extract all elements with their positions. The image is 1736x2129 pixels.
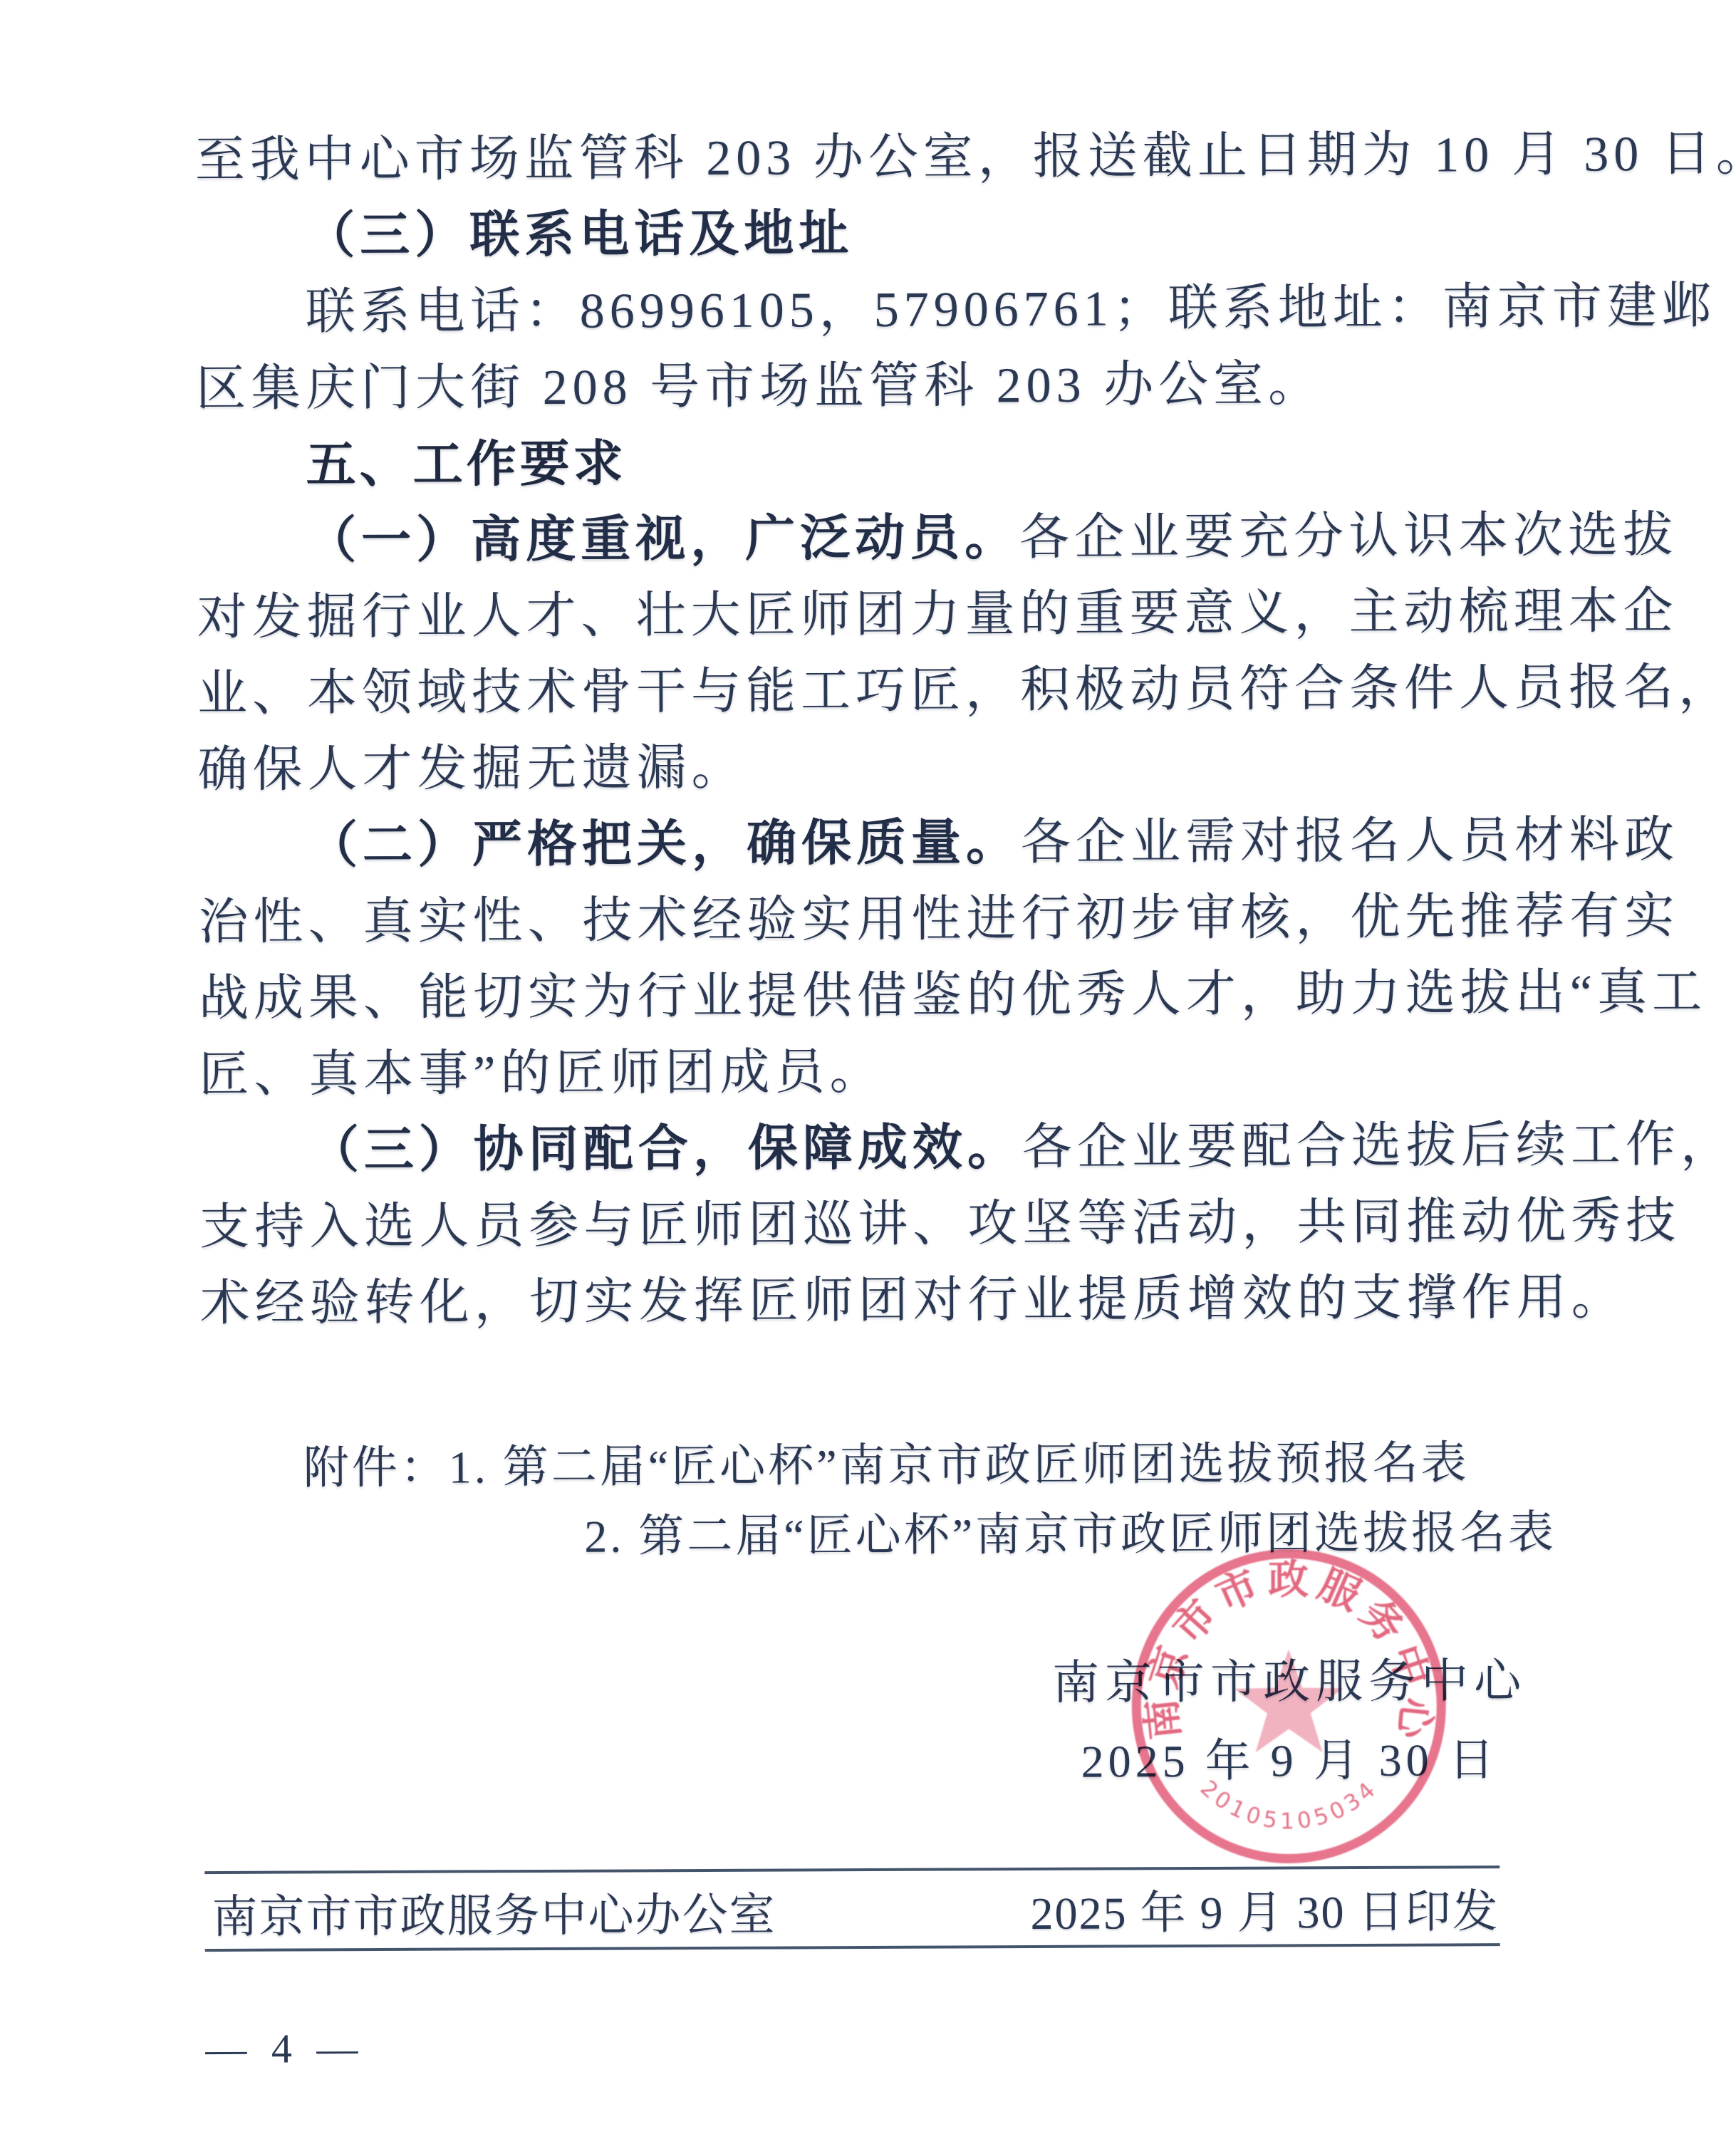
star-icon <box>1235 1649 1343 1752</box>
text-segment: 治性、真实性、技术经验实用性进行初步审核，优先推荐有实 <box>198 889 1679 950</box>
body-line: （一）高度重视，广泛动员。各企业要充分认识本次选拔 <box>197 497 1631 580</box>
text-segment: （二）严格把关，确保质量。 <box>308 816 1021 873</box>
text-segment: 区集庆门大街 208 号市场监管科 203 办公室。 <box>196 357 1323 417</box>
text-segment: 各企业需对报名人员材料政 <box>1021 813 1679 870</box>
page-number: — 4 — <box>205 2024 365 2074</box>
body-line: 战成果、能切实为行业提供借鉴的优秀人才，助力选拔出“真工 <box>199 954 1633 1037</box>
text-segment: 附件：1. 第二届“匠心杯”南京市政匠师团选拔预报名表 <box>303 1437 1470 1493</box>
footer-print-date: 2025 年 9 月 30 日印发 <box>1030 1886 1499 1940</box>
section-heading: 五、工作要求 <box>196 421 1631 504</box>
text-segment: 业、本领域技术骨干与能工巧匠，积极动员符合条件人员报名， <box>197 660 1733 722</box>
body-line: 匠、真本事”的匠师团成员。 <box>199 1031 1633 1113</box>
text-segment: 确保人才发掘无遗漏。 <box>197 741 746 798</box>
body-line: 区集庆门大街 208 号市场监管科 203 办公室。 <box>196 345 1631 427</box>
text-segment: 至我中心市场监管科 203 办公室，报送截止日期为 10 月 30 日。 <box>195 126 1736 188</box>
text-segment: 支持入选人员参与匠师团巡讲、攻坚等活动，共同推动优秀技 <box>199 1194 1680 1255</box>
text-segment: 对发掘行业人才、壮大匠师团力量的重要意义，主动梳理本企 <box>197 584 1678 645</box>
body-text: 至我中心市场监管科 203 办公室，报送截止日期为 10 月 30 日。 （三）… <box>195 116 1635 1342</box>
body-line: 确保人才发掘无遗漏。 <box>197 726 1632 808</box>
official-seal: 南京市市政服务中心 3201051050341 <box>1124 1541 1453 1870</box>
body-line: 至我中心市场监管科 203 办公室，报送截止日期为 10 月 30 日。 <box>195 116 1630 199</box>
body-line: 支持入选人员参与匠师团巡讲、攻坚等活动，共同推动优秀技 <box>199 1183 1634 1266</box>
section-subheading: （三）联系电话及地址 <box>195 192 1630 275</box>
text-segment: 五、工作要求 <box>306 434 626 494</box>
text-segment: 术经验转化，切实发挥匠师团对行业提质增效的支撑作用。 <box>200 1270 1626 1331</box>
body-line: （二）严格把关，确保质量。各企业需对报名人员材料政 <box>198 802 1633 885</box>
body-line: 术经验转化，切实发挥匠师团对行业提质增效的支撑作用。 <box>200 1259 1635 1342</box>
footer-issuer: 南京市市政服务中心办公室 <box>212 1890 776 1943</box>
body-line: （三）协同配合，保障成效。各企业要配合选拔后续工作， <box>199 1107 1634 1190</box>
document-page: 至我中心市场监管科 203 办公室，报送截止日期为 10 月 30 日。 （三）… <box>0 0 1736 2129</box>
footer-rule-bottom <box>205 1943 1500 1952</box>
text-segment: 各企业要充分认识本次选拔 <box>1019 508 1678 566</box>
text-segment: 各企业要配合选拔后续工作， <box>1022 1118 1735 1175</box>
body-line: 业、本领域技术骨干与能工巧匠，积极动员符合条件人员报名， <box>197 650 1632 732</box>
text-segment: 战成果、能切实为行业提供借鉴的优秀人才，助力选拔出“真工 <box>199 965 1707 1026</box>
document-content: 至我中心市场监管科 203 办公室，报送截止日期为 10 月 30 日。 （三）… <box>0 0 1736 2129</box>
text-segment: 匠、真本事”的匠师团成员。 <box>199 1045 884 1103</box>
body-line: 对发掘行业人才、壮大匠师团力量的重要意义，主动梳理本企 <box>197 573 1631 656</box>
text-segment: 联系电话：86996105，57906761；联系地址：南京市建邺 <box>306 279 1717 340</box>
attachment-item-1: 附件：1. 第二届“匠心杯”南京市政匠师团选拔预报名表 <box>303 1426 1470 1505</box>
text-segment: （一）高度重视，广泛动员。 <box>306 511 1019 568</box>
text-segment: （三）协同配合，保障成效。 <box>309 1120 1022 1178</box>
body-line: 治性、真实性、技术经验实用性进行初步审核，优先推荐有实 <box>198 878 1633 961</box>
text-segment: （三）联系电话及地址 <box>305 207 853 264</box>
body-line: 联系电话：86996105，57906761；联系地址：南京市建邺 <box>196 269 1631 351</box>
